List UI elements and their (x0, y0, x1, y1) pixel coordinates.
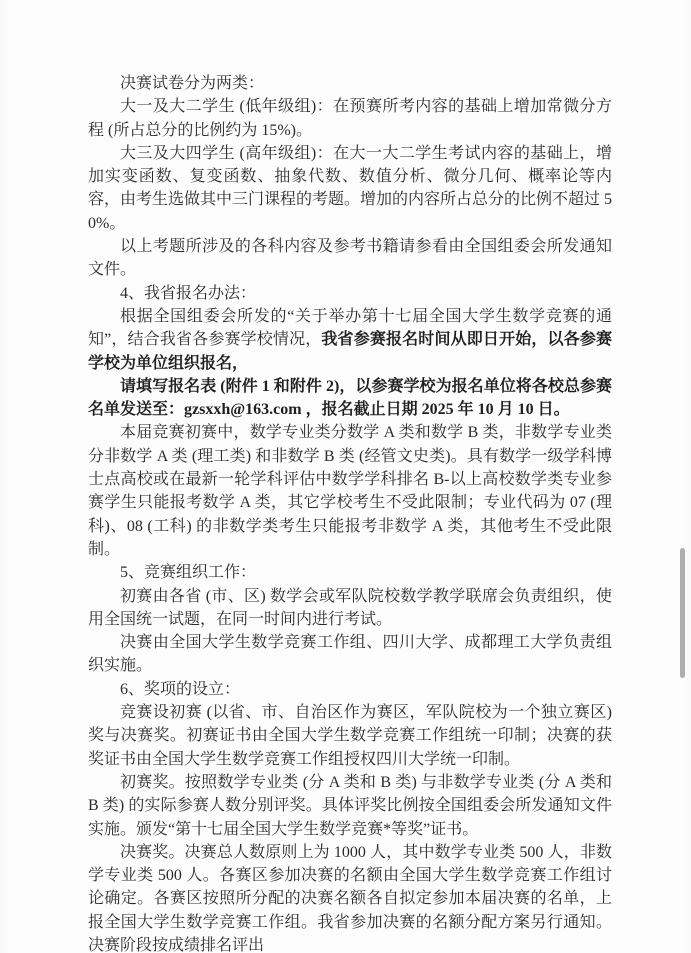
text-run: 6、奖项的设立： (120, 681, 240, 698)
text-run: 初赛奖。按照数学专业类 (分 A 类和 B 类) 与非数学专业类 (分 A 类和… (88, 774, 612, 838)
paragraph-8: 本届竞赛初赛中，数学专业类分数学 A 类和数学 B 类，非数学专业类分非数学 A… (88, 421, 612, 561)
document-body: 决赛试卷分为两类：大一及大二学生 (低年级组)：在预赛所考内容的基础上增加常微分… (88, 72, 612, 953)
text-run: 决赛由全国大学生数学竞赛工作组、四川大学、成都理工大学负责组织实施。 (88, 634, 612, 674)
text-run: 大三及大四学生 (高年级组)：在大一大二学生考试内容的基础上，增加实变函数、复变… (88, 145, 612, 232)
text-run: ，报名截止日期 2025 年 10 月 10 日。 (302, 401, 570, 418)
text-run: 以上考题所涉及的各科内容及参考书籍请参看由全国组委会所发通知文件。 (88, 238, 612, 278)
document-page: 决赛试卷分为两类：大一及大二学生 (低年级组)：在预赛所考内容的基础上增加常微分… (0, 0, 691, 953)
paragraph-3: 大三及大四学生 (高年级组)：在大一大二学生考试内容的基础上，增加实变函数、复变… (88, 142, 612, 235)
paragraph-4: 以上考题所涉及的各科内容及参考书籍请参看由全国组委会所发通知文件。 (88, 235, 612, 282)
paragraph-6: 根据全国组委会所发的“关于举办第十七届全国大学生数学竞赛的通知”，结合我省各参赛… (88, 305, 612, 375)
text-run: 初赛由各省 (市、区) 数学会或军队院校数学教学联席会负责组织，使用全国统一试题… (88, 588, 612, 628)
paragraph-13: 竞赛设初赛 (以省、市、自治区作为赛区，军队院校为一个独立赛区) 奖与决赛奖。初… (88, 701, 612, 771)
scrollbar-thumb[interactable] (680, 548, 685, 678)
text-run: 5、竞赛组织工作： (120, 564, 256, 581)
email-address: gzsxxh@163.com (184, 401, 302, 418)
text-run: 4、我省报名办法： (120, 285, 256, 302)
paragraph-12: 6、奖项的设立： (88, 678, 612, 701)
text-run: 大一及大二学生 (低年级组)：在预赛所考内容的基础上增加常微分方程 (所占总分的… (88, 98, 612, 138)
paragraph-7: 请填写报名表 (附件 1 和附件 2)，以参赛学校为报名单位将各校总参赛名单发送… (88, 375, 612, 422)
paragraph-2: 大一及大二学生 (低年级组)：在预赛所考内容的基础上增加常微分方程 (所占总分的… (88, 95, 612, 142)
paragraph-14: 初赛奖。按照数学专业类 (分 A 类和 B 类) 与非数学专业类 (分 A 类和… (88, 771, 612, 841)
paragraph-9: 5、竞赛组织工作： (88, 561, 612, 584)
text-run: 决赛试卷分为两类： (120, 75, 264, 92)
paragraph-11: 决赛由全国大学生数学竞赛工作组、四川大学、成都理工大学负责组织实施。 (88, 631, 612, 678)
paragraph-10: 初赛由各省 (市、区) 数学会或军队院校数学教学联席会负责组织，使用全国统一试题… (88, 585, 612, 632)
text-run: 竞赛设初赛 (以省、市、自治区作为赛区，军队院校为一个独立赛区) 奖与决赛奖。初… (88, 704, 612, 768)
text-run: 本届竞赛初赛中，数学专业类分数学 A 类和数学 B 类，非数学专业类分非数学 A… (88, 424, 612, 557)
paragraph-15: 决赛奖。决赛总人数原则上为 1000 人，其中数学专业类 500 人，非数学专业… (88, 841, 612, 953)
paragraph-1: 决赛试卷分为两类： (88, 72, 612, 95)
text-run: 决赛奖。决赛总人数原则上为 1000 人，其中数学专业类 500 人，非数学专业… (88, 844, 612, 953)
paragraph-5: 4、我省报名办法： (88, 282, 612, 305)
